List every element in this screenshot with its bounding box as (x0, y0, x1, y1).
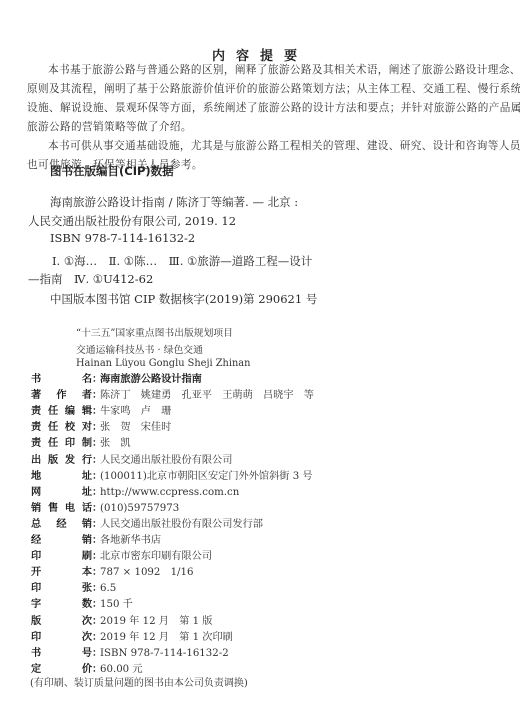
colophon-label: 书名 (31, 372, 92, 388)
colophon-value: http://www.ccpress.com.cn (100, 485, 239, 501)
colophon-label-char: 经 (56, 517, 66, 533)
colophon-label-char: 名 (82, 372, 92, 388)
colophon-label-char: 版 (48, 453, 58, 469)
colophon-label-char: 任 (48, 420, 58, 436)
colophon-colon: ： (92, 646, 100, 662)
colophon-row: 印刷：北京市密东印刷有限公司 (31, 549, 212, 565)
summary-p1-line: 原则及其流程，阐明了基于公路旅游价值评价的旅游公路策划方法；从主体工程、交通工程… (27, 80, 499, 99)
colophon-value: ISBN 978-7-114-16132-2 (100, 646, 229, 662)
colophon-row: 经销：各地新华书店 (31, 533, 161, 549)
colophon-label: 责任编辑 (31, 404, 92, 420)
colophon-label-char: 著 (31, 388, 41, 404)
colophon-label: 网址 (31, 485, 92, 501)
colophon-value: 北京市密东印刷有限公司 (100, 549, 212, 565)
colophon-label-char: 责 (31, 420, 41, 436)
colophon-label-char: 张 (82, 581, 92, 597)
cip-classification-line: —指南 Ⅳ. ①U412-62 (28, 271, 153, 287)
colophon-row: 书名：海南旅游公路设计指南 (31, 372, 202, 388)
colophon-label: 书号 (31, 646, 92, 662)
colophon-label-char: 对 (82, 420, 92, 436)
colophon-label: 销售电话 (31, 501, 92, 517)
colophon-colon: ： (92, 485, 100, 501)
cip-title-line: 海南旅游公路设计指南 / 陈济丁等编著. — 北京 : (50, 194, 298, 210)
copyright-page: 内容提要 本书基于旅游公路与普通公路的区别，阐释了旅游公路及其相关术语，阐述了旅… (0, 0, 520, 709)
colophon-row: 印次：2019 年 12 月 第 1 次印刷 (31, 630, 233, 646)
colophon-row: 责任编辑：牛家鸣 卢 珊 (31, 404, 171, 420)
footer-note: (有印刷、装订质量问题的图书由本公司负责调换) (30, 674, 248, 689)
colophon-label-char: 经 (31, 533, 41, 549)
colophon-colon: ： (92, 517, 100, 533)
colophon-label: 版次 (31, 614, 92, 630)
series-name-line: 交通运输科技丛书 · 绿色交通 (76, 342, 203, 356)
colophon-label-char: 址 (82, 485, 92, 501)
colophon-label-char: 网 (31, 485, 41, 501)
colophon-value: 2019 年 12 月 第 1 版 (100, 614, 213, 630)
colophon-label: 著作者 (31, 388, 92, 404)
summary-p1-line: 设施、解说设施、景观环保等方面，系统阐述了旅游公路的设计方法和要点；并针对旅游公… (27, 99, 499, 118)
colophon-label-char: 校 (65, 420, 75, 436)
cip-record-number: 中国版本图书馆 CIP 数据核字(2019)第 290621 号 (50, 291, 317, 307)
colophon-value: 6.5 (100, 581, 116, 597)
cip-isbn-line: ISBN 978-7-114-16132-2 (50, 231, 195, 245)
colophon-colon: ： (92, 597, 100, 613)
colophon-row: 总经销：人民交通出版社股份有限公司发行部 (31, 517, 263, 533)
colophon-label: 印张 (31, 581, 92, 597)
colophon-label-char: 次 (82, 614, 92, 630)
cip-classification-line: Ⅰ. ①海… Ⅱ. ①陈… Ⅲ. ①旅游—道路工程—设计 (52, 253, 312, 269)
colophon-row: 网址：http://www.ccpress.com.cn (31, 485, 239, 501)
colophon-label-char: 次 (82, 630, 92, 646)
colophon-label-char: 版 (31, 614, 41, 630)
colophon-colon: ： (92, 453, 100, 469)
colophon-label-char: 字 (31, 597, 41, 613)
colophon-label-char: 责 (31, 404, 41, 420)
cip-publisher-line: 人民交通出版社股份有限公司, 2019. 12 (28, 213, 236, 229)
colophon-colon: ： (92, 420, 100, 436)
colophon-value: 787 × 1092 1/16 (100, 565, 193, 581)
colophon-label-char: 销 (31, 501, 41, 517)
colophon-label-char: 者 (82, 388, 92, 404)
colophon-value: 海南旅游公路设计指南 (100, 372, 202, 388)
colophon-label-char: 任 (48, 436, 58, 452)
colophon-row: 印张：6.5 (31, 581, 116, 597)
colophon-row: 销售电话：(010)59757973 (31, 501, 179, 517)
colophon-label: 总经销 (31, 517, 92, 533)
colophon-label: 经销 (31, 533, 92, 549)
colophon-colon: ： (92, 630, 100, 646)
colophon-row: 开本：787 × 1092 1/16 (31, 565, 193, 581)
colophon-value: 张 贺 宋佳时 (100, 420, 171, 436)
colophon-label: 印次 (31, 630, 92, 646)
colophon-colon: ： (92, 436, 100, 452)
colophon-row: 书号：ISBN 978-7-114-16132-2 (31, 646, 229, 662)
colophon-label-char: 作 (56, 388, 66, 404)
colophon-label-char: 行 (82, 453, 92, 469)
colophon-label: 字数 (31, 597, 92, 613)
colophon-label-char: 辑 (82, 404, 92, 420)
colophon-label-char: 销 (82, 533, 92, 549)
summary-p1-line: 本书基于旅游公路与普通公路的区别，阐释了旅游公路及其相关术语，阐述了旅游公路设计… (27, 61, 499, 80)
colophon-label-char: 印 (31, 581, 41, 597)
colophon-label-char: 号 (82, 646, 92, 662)
colophon-label-char: 开 (31, 565, 41, 581)
colophon-label-char: 售 (48, 501, 58, 517)
colophon-label-char: 地 (31, 469, 41, 485)
series-project-line: “十三五”国家重点图书出版规划项目 (76, 325, 233, 339)
colophon-row: 地址：(100011)北京市朝阳区安定门外外馆斜街 3 号 (31, 469, 313, 485)
colophon-label-char: 出 (31, 453, 41, 469)
colophon-row: 出版发行：人民交通出版社股份有限公司 (31, 453, 232, 469)
colophon-label: 地址 (31, 469, 92, 485)
colophon-value: (100011)北京市朝阳区安定门外外馆斜街 3 号 (100, 469, 313, 485)
colophon-label-char: 址 (82, 469, 92, 485)
colophon-colon: ： (92, 581, 100, 597)
colophon-label-char: 电 (65, 501, 75, 517)
colophon-colon: ： (92, 614, 100, 630)
colophon-value: 陈济丁 姚建勇 孔亚平 王萌萌 吕晓宇 等 (100, 388, 314, 404)
colophon-label-char: 数 (82, 597, 92, 613)
colophon-label-char: 刷 (82, 549, 92, 565)
colophon-colon: ： (92, 469, 100, 485)
colophon-row: 版次：2019 年 12 月 第 1 版 (31, 614, 213, 630)
colophon-label-char: 制 (82, 436, 92, 452)
colophon-label: 出版发行 (31, 453, 92, 469)
colophon-value: 人民交通出版社股份有限公司发行部 (100, 517, 263, 533)
colophon-row: 字数：150 千 (31, 597, 133, 613)
colophon-value: 人民交通出版社股份有限公司 (100, 453, 232, 469)
colophon-label-char: 印 (31, 630, 41, 646)
colophon-value: 牛家鸣 卢 珊 (100, 404, 171, 420)
colophon-label-char: 发 (65, 453, 75, 469)
colophon-label-char: 书 (31, 646, 41, 662)
colophon-colon: ： (92, 549, 100, 565)
colophon-value: 2019 年 12 月 第 1 次印刷 (100, 630, 233, 646)
colophon-label: 印刷 (31, 549, 92, 565)
colophon-value: 150 千 (100, 597, 133, 613)
colophon-value: (010)59757973 (100, 501, 179, 517)
colophon-colon: ： (92, 404, 100, 420)
colophon-label-char: 印 (31, 549, 41, 565)
colophon-label: 责任校对 (31, 420, 92, 436)
cip-heading: 图书在版编目(CIP)数据 (50, 163, 174, 179)
colophon-label-char: 书 (31, 372, 41, 388)
colophon-row: 责任校对：张 贺 宋佳时 (31, 420, 171, 436)
colophon-label-char: 总 (31, 517, 41, 533)
colophon-colon: ： (92, 565, 100, 581)
colophon-value: 张 凯 (100, 436, 131, 452)
summary-p2-line: 本书可供从事交通基础设施，尤其是与旅游公路工程相关的管理、建设、研究、设计和咨询… (27, 137, 499, 156)
colophon-colon: ： (92, 388, 100, 404)
colophon-row: 著作者：陈济丁 姚建勇 孔亚平 王萌萌 吕晓宇 等 (31, 388, 314, 404)
colophon-label-char: 印 (65, 436, 75, 452)
colophon-label-char: 销 (82, 517, 92, 533)
colophon-label-char: 话 (82, 501, 92, 517)
colophon-label-char: 任 (48, 404, 58, 420)
colophon-colon: ： (92, 372, 100, 388)
summary-p1-line: 旅游公路的营销策略等做了介绍。 (27, 118, 499, 137)
colophon-colon: ： (92, 533, 100, 549)
colophon-label-char: 本 (82, 565, 92, 581)
colophon-colon: ： (92, 501, 100, 517)
colophon-value: 各地新华书店 (100, 533, 161, 549)
colophon-label-char: 责 (31, 436, 41, 452)
colophon-label-char: 编 (65, 404, 75, 420)
colophon-label: 责任印制 (31, 436, 92, 452)
series-pinyin-title: Hainan Lüyou Gonglu Sheji Zhinan (76, 358, 250, 369)
colophon-label: 开本 (31, 565, 92, 581)
summary-paragraph-1: 本书基于旅游公路与普通公路的区别，阐释了旅游公路及其相关术语，阐述了旅游公路设计… (27, 61, 499, 137)
colophon-row: 责任印制：张 凯 (31, 436, 131, 452)
